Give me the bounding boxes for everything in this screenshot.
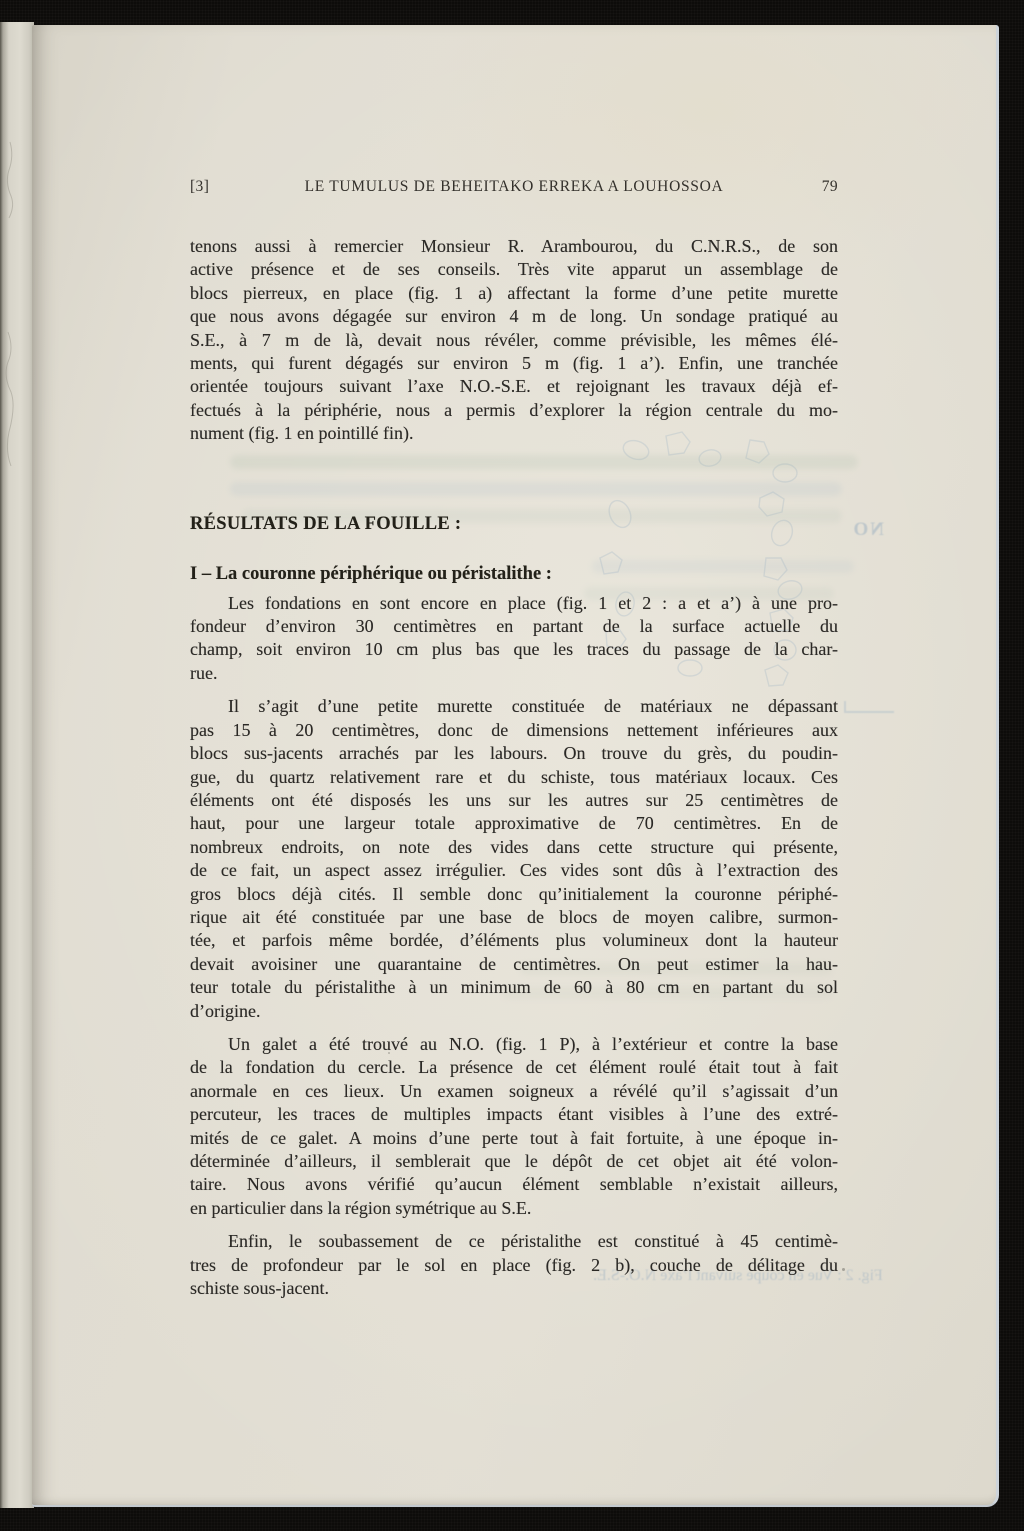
paragraph-murette: Il s’agit d’une petite murette constitué…	[190, 695, 838, 1023]
paragraph-fondations: Les fondations en sont encore en place (…	[190, 592, 838, 686]
text-line: fectués à la périphérie, nous a permis d…	[190, 399, 838, 422]
dust-speck	[842, 1268, 845, 1271]
text-line: schiste sous-jacent.	[190, 1277, 838, 1300]
pencil-marks	[0, 112, 34, 512]
text-line: d’origine.	[190, 1000, 838, 1023]
text-line: fondeur d’environ 30 centimètres en part…	[190, 615, 838, 638]
text-line: Enfin, le soubassement de ce péristalith…	[190, 1230, 838, 1253]
text-line: ments, qui furent dégagés sur environ 5 …	[190, 352, 838, 375]
book-page: NO Fig. 2 : Vue en coupe suivant l’axe N…	[32, 25, 999, 1507]
text-line: teur totale du péristalithe à un minimum…	[190, 976, 838, 999]
text-line: rique ait été constituée par une base de…	[190, 906, 838, 929]
bleed-through-measure-line	[844, 701, 894, 713]
text-line: blocs sus-jacents arrachés par les labou…	[190, 742, 838, 765]
text-line: que nous avons dégagée sur environ 4 m d…	[190, 305, 838, 328]
text-line: mités de ce galet. A moins d’une perte t…	[190, 1127, 838, 1150]
text-line: gue, du quartz relativement rare et du s…	[190, 766, 838, 789]
text-line: nument (fig. 1 en pointillé fin).	[190, 422, 838, 445]
text-line: taire. Nous avons vérifié qu’aucun éléme…	[190, 1173, 838, 1196]
book-gutter-page-edges	[0, 22, 34, 1508]
text-line: en particulier dans la région symétrique…	[190, 1197, 838, 1220]
text-line: orientée toujours suivant l’axe N.O.-S.E…	[190, 375, 838, 398]
text-line: pas 15 à 20 centimètres, donc de dimensi…	[190, 719, 838, 742]
text-line: Un galet a été trouvé au N.O. (fig. 1 P)…	[190, 1033, 838, 1056]
text-line: devait avoisiner une quarantaine de cent…	[190, 953, 838, 976]
running-title: LE TUMULUS DE BEHEITAKO ERREKA A LOUHOSS…	[262, 178, 766, 196]
text-line: blocs pierreux, en place (fig. 1 a) affe…	[190, 282, 838, 305]
text-line: gros blocs déjà cités. Il semble donc qu…	[190, 883, 838, 906]
text-line: tée, et parfois même bordée, d’éléments …	[190, 929, 838, 952]
page-number: 79	[766, 178, 838, 196]
subsection-heading-peristalithe: I – La couronne périphérique ou péristal…	[190, 562, 838, 586]
text-line: rue.	[190, 662, 838, 685]
text-line: déterminée d’ailleurs, il semblerait que…	[190, 1150, 838, 1173]
text-line: active présence et de ses conseils. Très…	[190, 258, 838, 281]
running-head: [3] LE TUMULUS DE BEHEITAKO ERREKA A LOU…	[190, 178, 838, 196]
text-line: tenons aussi à remercier Monsieur R. Ara…	[190, 235, 838, 258]
text-line: de la fondation du cercle. La présence d…	[190, 1056, 838, 1079]
text-line: nombreux endroits, on note des vides dan…	[190, 836, 838, 859]
text-column: tenons aussi à remercier Monsieur R. Ara…	[190, 235, 838, 1310]
paragraph-continuation: tenons aussi à remercier Monsieur R. Ara…	[190, 235, 838, 446]
section-heading-resultats: RÉSULTATS DE LA FOUILLE :	[190, 512, 838, 536]
text-line: anormale en ces lieux. Un examen soigneu…	[190, 1080, 838, 1103]
text-line: haut, pour une largeur totale approximat…	[190, 812, 838, 835]
text-line: S.E., à 7 m de là, devait nous révéler, …	[190, 329, 838, 352]
paragraph-soubassement: Enfin, le soubassement de ce péristalith…	[190, 1230, 838, 1300]
text-line: champ, soit environ 10 cm plus bas que l…	[190, 638, 838, 661]
paragraph-galet: Un galet a été trouvé au N.O. (fig. 1 P)…	[190, 1033, 838, 1220]
text-line: de ce fait, un aspect assez irrégulier. …	[190, 859, 838, 882]
scanned-journal-page-photo: NO Fig. 2 : Vue en coupe suivant l’axe N…	[0, 0, 1024, 1531]
text-line: éléments ont été disposés les uns sur le…	[190, 789, 838, 812]
text-line: Il s’agit d’une petite murette constitué…	[190, 695, 838, 718]
text-line: percuteur, les traces de multiples impac…	[190, 1103, 838, 1126]
text-line: tres de profondeur par le sol en place (…	[190, 1254, 838, 1277]
article-section-reference: [3]	[190, 178, 262, 196]
text-line: Les fondations en sont encore en place (…	[190, 592, 838, 615]
